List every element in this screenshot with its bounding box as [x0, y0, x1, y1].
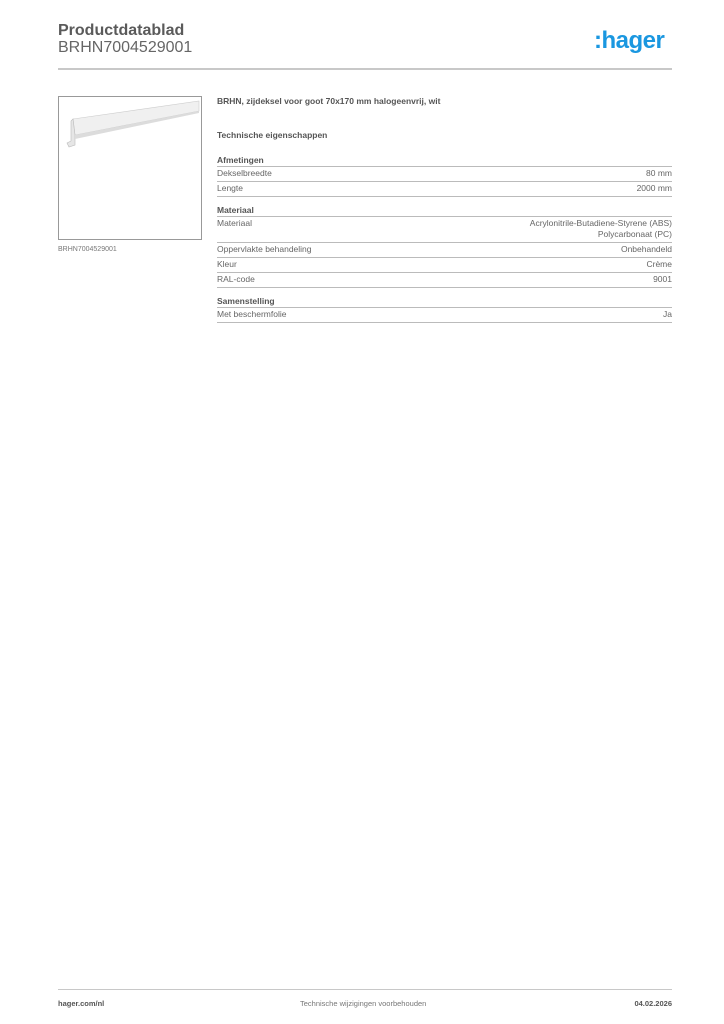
row-value: 2000 mm	[637, 183, 672, 194]
footer-divider	[58, 989, 672, 990]
table-row: Oppervlakte behandelingOnbehandeld	[217, 243, 672, 258]
footer-disclaimer: Technische wijzigingen voorbehouden	[300, 999, 426, 1008]
row-label: Materiaal	[217, 218, 252, 240]
row-label: Kleur	[217, 259, 237, 270]
section-afmetingen: Afmetingen Dekselbreedte80 mm Lengte2000…	[217, 155, 672, 197]
row-label: Oppervlakte behandeling	[217, 244, 312, 255]
row-value: Ja	[663, 309, 672, 320]
row-value: Crème	[646, 259, 672, 270]
footer-website-link[interactable]: hager.com/nl	[58, 999, 104, 1008]
table-row: MateriaalAcrylonitrile-Butadiene-Styrene…	[217, 217, 672, 243]
page-title: Productdatablad	[58, 22, 184, 40]
table-row: RAL-code9001	[217, 273, 672, 288]
row-label: RAL-code	[217, 274, 255, 285]
section-samenstelling: Samenstelling Met beschermfolieJa	[217, 296, 672, 323]
product-image	[58, 96, 202, 240]
table-row: Dekselbreedte80 mm	[217, 167, 672, 182]
row-label: Met beschermfolie	[217, 309, 286, 320]
section-materiaal: Materiaal MateriaalAcrylonitrile-Butadie…	[217, 205, 672, 288]
row-label: Lengte	[217, 183, 243, 194]
row-value: 80 mm	[646, 168, 672, 179]
article-number: BRHN7004529001	[58, 39, 192, 57]
footer-date: 04.02.2026	[634, 999, 672, 1008]
table-row: Met beschermfolieJa	[217, 308, 672, 323]
technical-properties-heading: Technische eigenschappen	[217, 130, 672, 140]
header-divider	[58, 68, 672, 70]
section-heading: Afmetingen	[217, 155, 672, 167]
section-heading: Samenstelling	[217, 296, 672, 308]
table-row: Lengte2000 mm	[217, 182, 672, 197]
row-label: Dekselbreedte	[217, 168, 272, 179]
product-details: BRHN, zijdeksel voor goot 70x170 mm halo…	[217, 96, 672, 331]
image-caption: BRHN7004529001	[58, 246, 117, 253]
section-heading: Materiaal	[217, 205, 672, 217]
hager-logo: :hager	[594, 27, 664, 55]
row-value: Acrylonitrile-Butadiene-Styrene (ABS)Pol…	[530, 218, 672, 240]
product-title: BRHN, zijdeksel voor goot 70x170 mm halo…	[217, 96, 672, 130]
row-value: 9001	[653, 274, 672, 285]
table-row: KleurCrème	[217, 258, 672, 273]
cover-profile-icon	[59, 97, 201, 239]
row-value: Onbehandeld	[621, 244, 672, 255]
